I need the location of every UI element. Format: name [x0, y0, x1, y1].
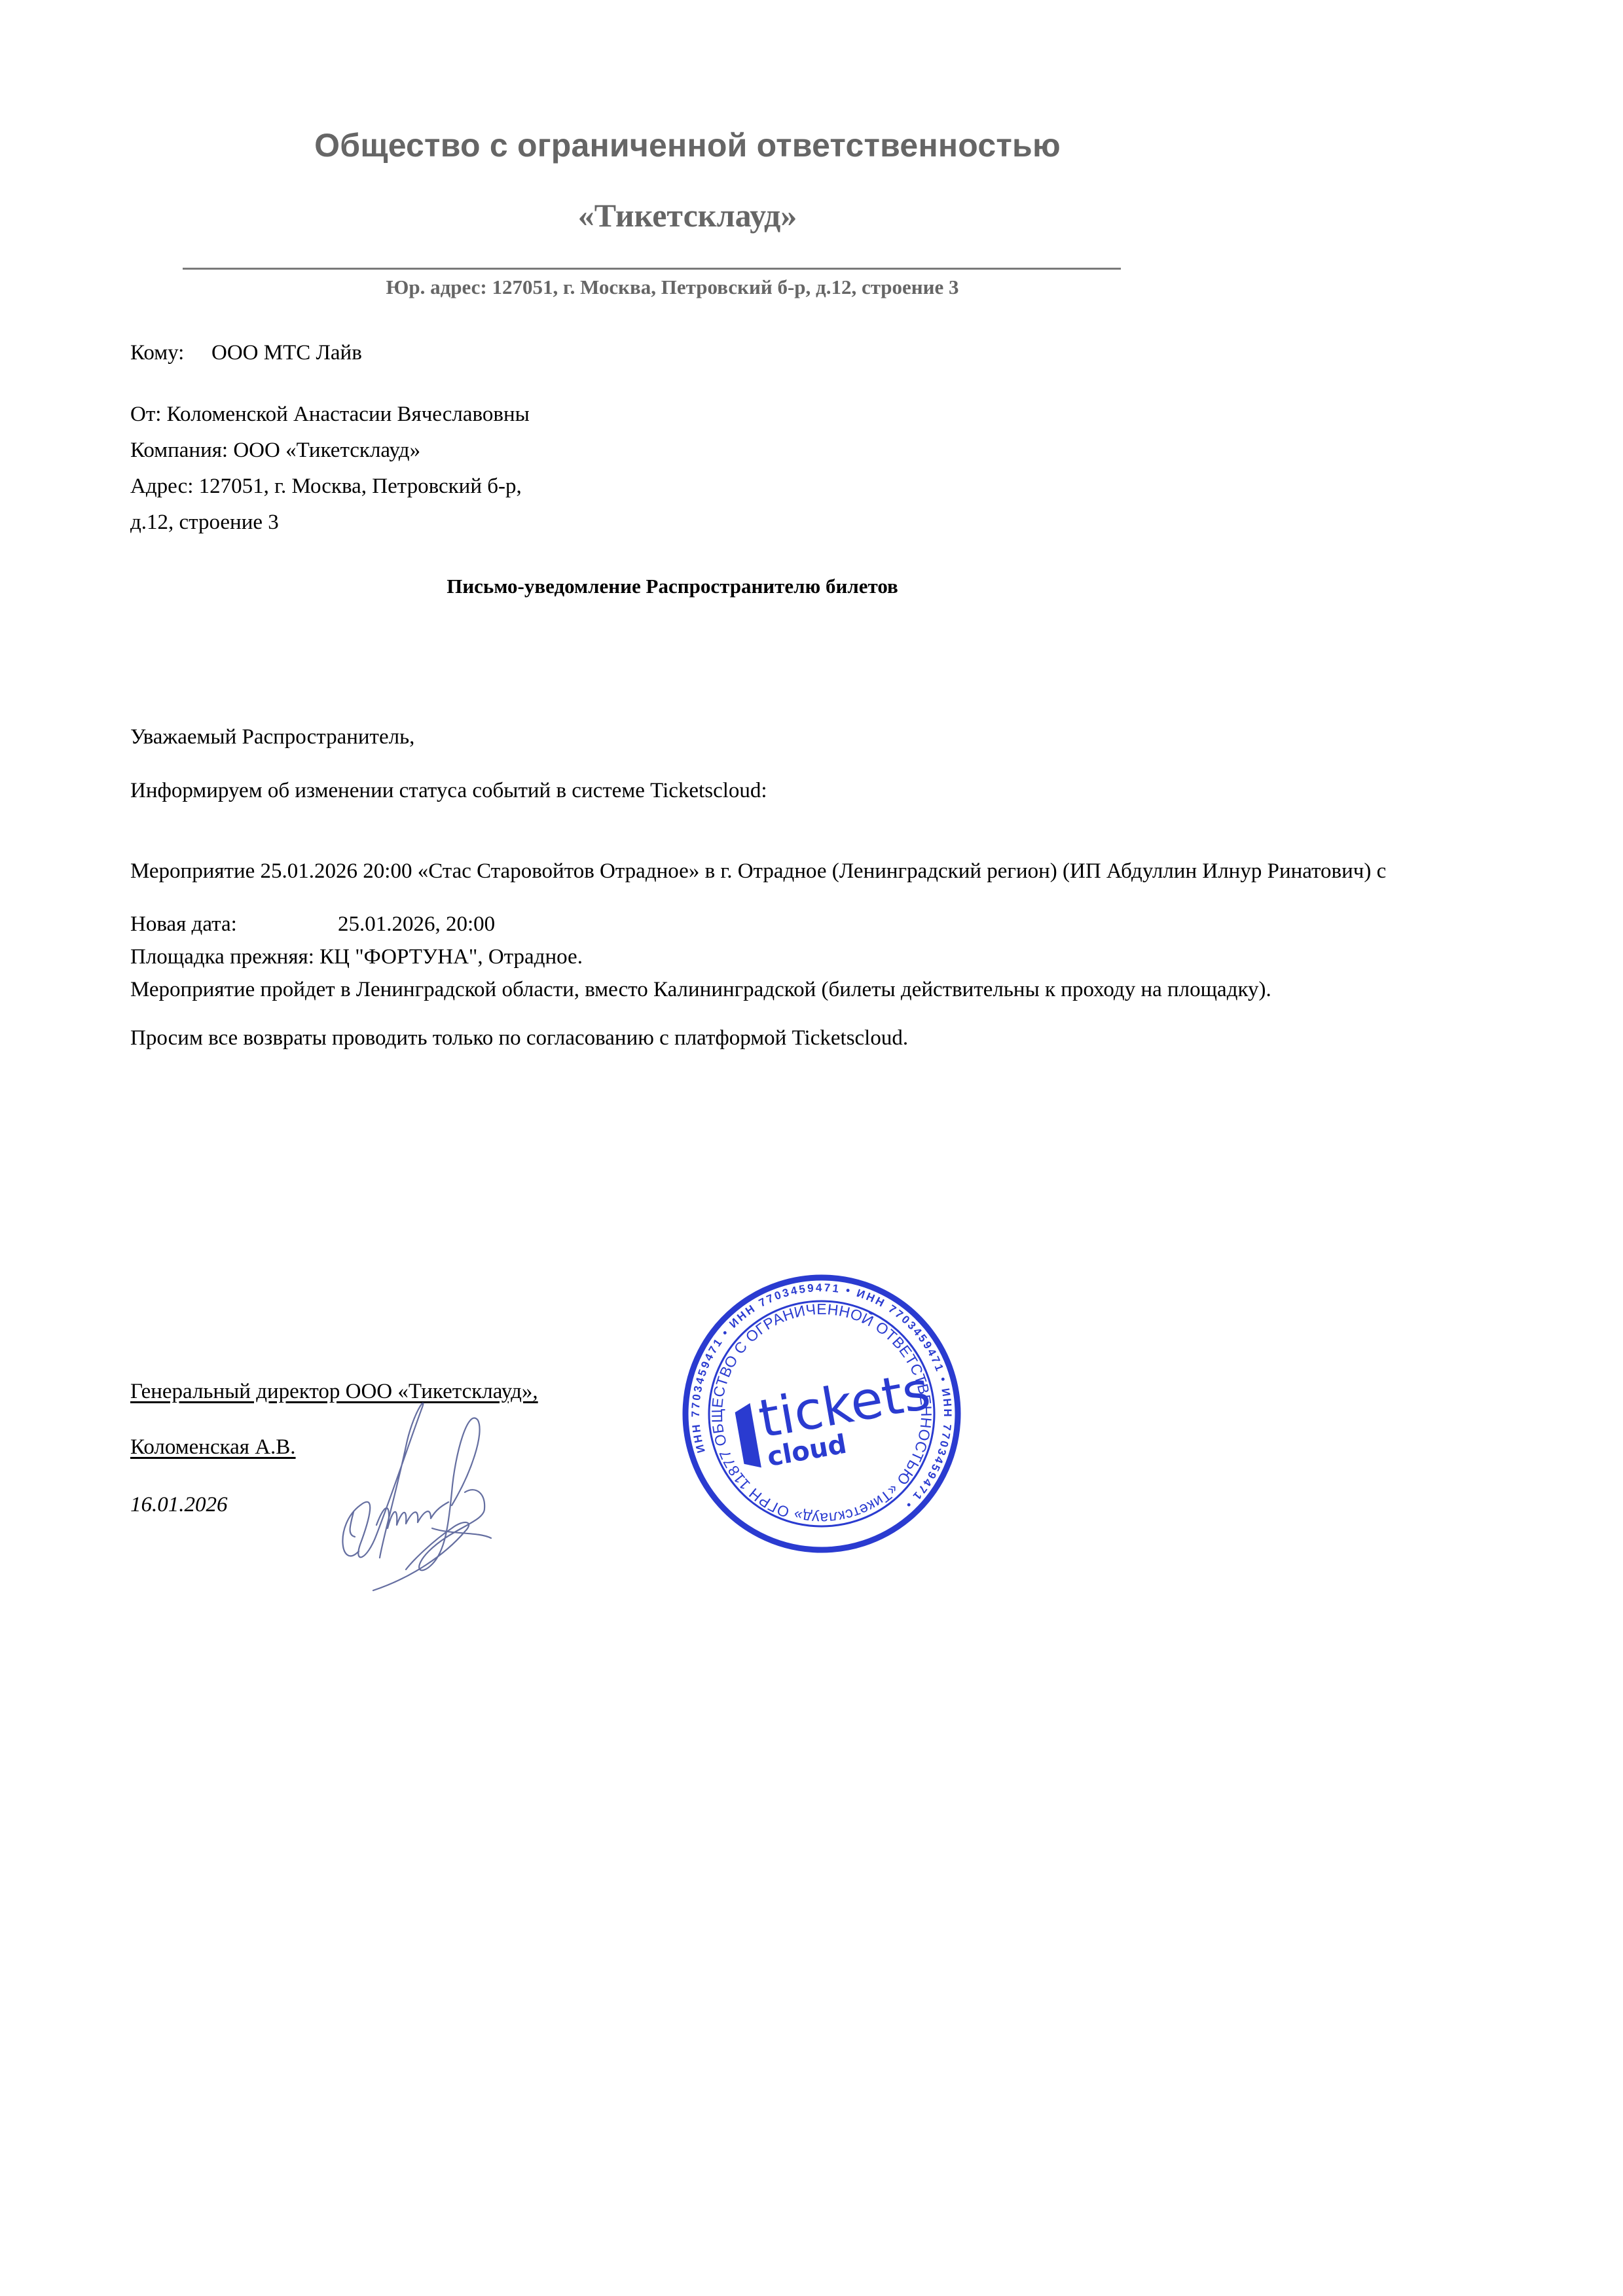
sender-address-line-1: Адрес: 127051, г. Москва, Петровский б-р… [130, 476, 522, 497]
company-stamp: ИНН 7703459471 • ИНН 7703459471 • ИНН 77… [674, 1266, 969, 1561]
event-description: Мероприятие 25.01.2026 20:00 «Стас Старо… [130, 861, 1474, 882]
signature-date: 16.01.2026 [130, 1494, 228, 1516]
sender-from: От: Коломенской Анастасии Вячеславовны [130, 404, 530, 425]
letter-title: Письмо-уведомление Распространителю биле… [0, 575, 1345, 598]
sender-company: Компания: ООО «Тикетсклауд» [130, 440, 420, 461]
letterhead-divider [183, 268, 1121, 270]
recipient-label: Кому: [130, 342, 184, 364]
recipient-value: ООО МТС Лайв [211, 342, 362, 364]
letter-intro: Информируем об изменении статуса событий… [130, 780, 767, 802]
signatory-name: Коломенская А.В. [130, 1437, 296, 1458]
logo-mark-icon [734, 1403, 761, 1471]
letterhead-title: Общество с ограниченной ответственностью [0, 126, 1375, 164]
letterhead-company-name: «Тикетсклауд» [0, 196, 1375, 234]
venue-note: Площадка прежняя: КЦ "ФОРТУНА", Отрадное… [130, 946, 583, 968]
new-date-value: 25.01.2026, 20:00 [338, 914, 495, 935]
letter-greeting: Уважаемый Распространитель, [130, 726, 414, 748]
handwritten-signature [314, 1394, 602, 1604]
letterhead-legal-address: Юр. адрес: 127051, г. Москва, Петровский… [0, 276, 1345, 299]
new-date-label: Новая дата: [130, 914, 237, 935]
returns-note: Просим все возвраты проводить только по … [130, 1028, 908, 1049]
sender-address-line-2: д.12, строение 3 [130, 512, 279, 533]
region-note: Мероприятие пройдет в Ленинградской обла… [130, 979, 1271, 1001]
